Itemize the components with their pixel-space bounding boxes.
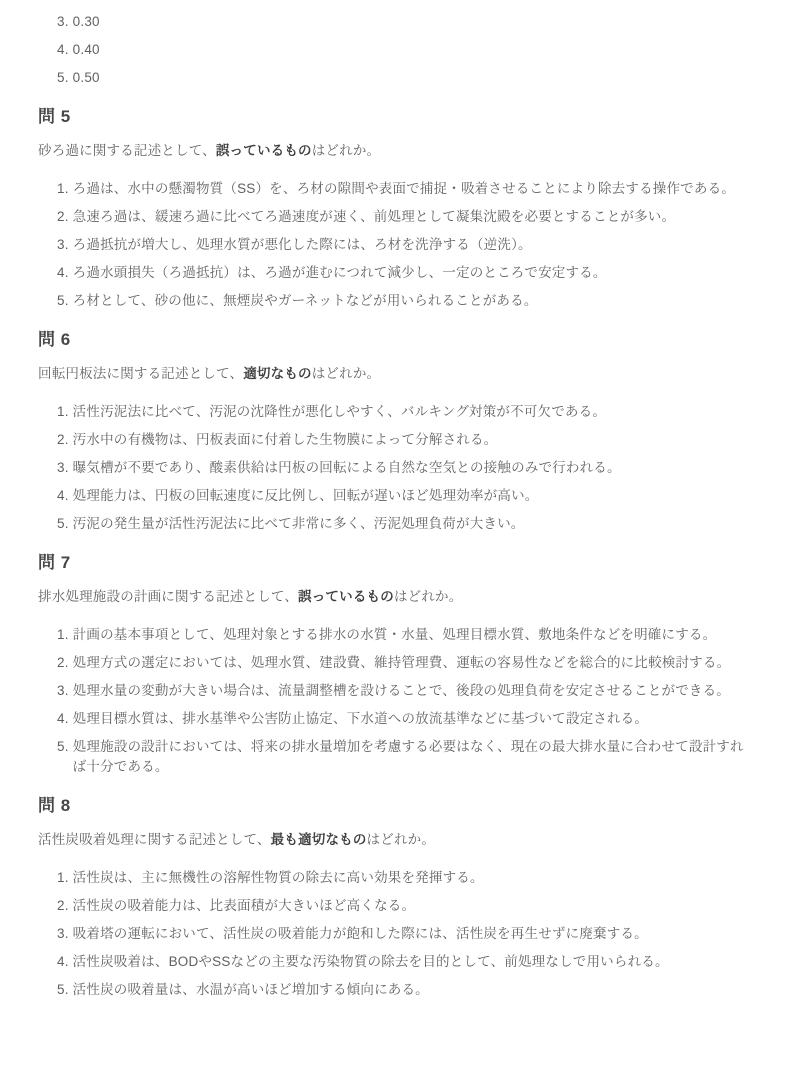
choice-number: 1. [57, 179, 69, 199]
choice-number: 1. [57, 868, 69, 888]
choice-item: 2. 活性炭の吸着能力は、比表面積が大きいほど高くなる。 [57, 896, 745, 916]
choice-item: 3. 0.30 [57, 12, 745, 32]
question-text: 活性炭吸着処理に関する記述として、最も適切なものはどれか。 [38, 830, 745, 850]
choice-item: 3. ろ過抵抗が増大し、処理水質が悪化した際には、ろ材を洗浄する（逆洗）。 [57, 235, 745, 255]
choice-text: 急速ろ過は、緩速ろ過に比べてろ過速度が速く、前処理として凝集沈殿を必要とすること… [73, 207, 745, 227]
choice-item: 5. 0.50 [57, 68, 745, 88]
question-emphasis-text: 誤っているもの [216, 143, 312, 158]
choice-item: 1. 計画の基本事項として、処理対象とする排水の水質・水量、処理目標水質、敷地条… [57, 625, 745, 645]
choice-item: 1. ろ過は、水中の懸濁物質（SS）を、ろ材の隙間や表面で捕捉・吸着させることに… [57, 179, 745, 199]
choice-number: 2. [57, 430, 69, 450]
choice-text: ろ過抵抗が増大し、処理水質が悪化した際には、ろ材を洗浄する（逆洗）。 [73, 235, 745, 255]
question-text: 砂ろ過に関する記述として、誤っているものはどれか。 [38, 141, 745, 161]
choice-number: 5. [57, 291, 69, 311]
choice-item: 2. 処理方式の選定においては、処理水質、建設費、維持管理費、運転の容易性などを… [57, 653, 745, 673]
choice-text: 活性炭は、主に無機性の溶解性物質の除去に高い効果を発揮する。 [73, 868, 745, 888]
choice-item: 4. ろ過水頭損失（ろ過抵抗）は、ろ過が進むにつれて減少し、一定のところで安定す… [57, 263, 745, 283]
choice-item: 4. 0.40 [57, 40, 745, 60]
question-text: 回転円板法に関する記述として、適切なものはどれか。 [38, 364, 745, 384]
choice-text: 0.20 [73, 0, 745, 4]
choice-item: 1. 活性炭は、主に無機性の溶解性物質の除去に高い効果を発揮する。 [57, 868, 745, 888]
question-trailing-text: はどれか。 [312, 366, 381, 381]
choice-item: 4. 処理能力は、円板の回転速度に反比例し、回転が遅いほど処理効率が高い。 [57, 486, 745, 506]
question-number: 問 7 [38, 551, 745, 575]
previous-question-choices: 2. 0.20 3. 0.30 4. 0.40 5. 0.50 [38, 0, 745, 88]
exam-page: 2. 0.20 3. 0.30 4. 0.40 5. 0.50 問 5 砂ろ過に… [0, 0, 787, 1000]
choice-number: 4. [57, 486, 69, 506]
question-block: 問 6 回転円板法に関する記述として、適切なものはどれか。 1. 活性汚泥法に比… [38, 328, 745, 534]
choice-item: 4. 処理目標水質は、排水基準や公害防止協定、下水道への放流基準などに基づいて設… [57, 709, 745, 729]
choice-number: 4. [57, 263, 69, 283]
choice-text: 0.50 [73, 68, 745, 88]
choice-number: 2. [57, 0, 69, 4]
choice-text: 処理能力は、円板の回転速度に反比例し、回転が遅いほど処理効率が高い。 [73, 486, 745, 506]
choice-number: 4. [57, 952, 69, 972]
question-number: 問 5 [38, 105, 745, 129]
question-text: 排水処理施設の計画に関する記述として、誤っているものはどれか。 [38, 587, 745, 607]
choice-item: 3. 吸着塔の運転において、活性炭の吸着能力が飽和した際には、活性炭を再生せずに… [57, 924, 745, 944]
choice-item: 1. 活性汚泥法に比べて、汚泥の沈降性が悪化しやすく、バルキング対策が不可欠であ… [57, 402, 745, 422]
question-block: 問 8 活性炭吸着処理に関する記述として、最も適切なものはどれか。 1. 活性炭… [38, 794, 745, 1000]
choice-text: 吸着塔の運転において、活性炭の吸着能力が飽和した際には、活性炭を再生せずに廃棄す… [73, 924, 745, 944]
choice-list: 1. 活性汚泥法に比べて、汚泥の沈降性が悪化しやすく、バルキング対策が不可欠であ… [38, 402, 745, 534]
choice-text: 処理施設の設計においては、将来の排水量増加を考慮する必要はなく、現在の最大排水量… [73, 737, 745, 777]
question-emphasis-text: 誤っているもの [298, 589, 394, 604]
choice-text: ろ材として、砂の他に、無煙炭やガーネットなどが用いられることがある。 [73, 291, 745, 311]
choice-number: 2. [57, 653, 69, 673]
question-trailing-text: はどれか。 [367, 832, 436, 847]
choice-text: 処理方式の選定においては、処理水質、建設費、維持管理費、運転の容易性などを総合的… [73, 653, 745, 673]
choice-text: 計画の基本事項として、処理対象とする排水の水質・水量、処理目標水質、敷地条件など… [73, 625, 745, 645]
choice-list: 1. 計画の基本事項として、処理対象とする排水の水質・水量、処理目標水質、敷地条… [38, 625, 745, 777]
question-emphasis-text: 適切なもの [243, 366, 312, 381]
choice-text: 活性炭の吸着量は、水温が高いほど増加する傾向にある。 [73, 980, 745, 1000]
question-number: 問 6 [38, 328, 745, 352]
choice-item: 5. 活性炭の吸着量は、水温が高いほど増加する傾向にある。 [57, 980, 745, 1000]
choice-list: 1. 活性炭は、主に無機性の溶解性物質の除去に高い効果を発揮する。 2. 活性炭… [38, 868, 745, 1000]
question-block: 問 5 砂ろ過に関する記述として、誤っているものはどれか。 1. ろ過は、水中の… [38, 105, 745, 311]
choice-number: 4. [57, 709, 69, 729]
choice-item: 5. ろ材として、砂の他に、無煙炭やガーネットなどが用いられることがある。 [57, 291, 745, 311]
choice-number: 3. [57, 12, 69, 32]
choice-number: 3. [57, 924, 69, 944]
question-block: 問 7 排水処理施設の計画に関する記述として、誤っているものはどれか。 1. 計… [38, 551, 745, 777]
question-lead-text: 排水処理施設の計画に関する記述として、 [38, 589, 298, 604]
choice-number: 5. [57, 737, 69, 757]
choice-text: 処理目標水質は、排水基準や公害防止協定、下水道への放流基準などに基づいて設定され… [73, 709, 745, 729]
choice-text: 曝気槽が不要であり、酸素供給は円板の回転による自然な空気との接触のみで行われる。 [73, 458, 745, 478]
choice-text: 活性炭吸着は、BODやSSなどの主要な汚染物質の除去を目的として、前処理なしで用… [73, 952, 745, 972]
choice-text: ろ過水頭損失（ろ過抵抗）は、ろ過が進むにつれて減少し、一定のところで安定する。 [73, 263, 745, 283]
choice-text: 活性汚泥法に比べて、汚泥の沈降性が悪化しやすく、バルキング対策が不可欠である。 [73, 402, 745, 422]
choice-text: 活性炭の吸着能力は、比表面積が大きいほど高くなる。 [73, 896, 745, 916]
question-lead-text: 回転円板法に関する記述として、 [38, 366, 243, 381]
choice-number: 2. [57, 896, 69, 916]
choice-item: 4. 活性炭吸着は、BODやSSなどの主要な汚染物質の除去を目的として、前処理な… [57, 952, 745, 972]
question-lead-text: 活性炭吸着処理に関する記述として、 [38, 832, 271, 847]
choice-number: 5. [57, 514, 69, 534]
choice-text: 汚水中の有機物は、円板表面に付着した生物膜によって分解される。 [73, 430, 745, 450]
choice-list: 1. ろ過は、水中の懸濁物質（SS）を、ろ材の隙間や表面で捕捉・吸着させることに… [38, 179, 745, 311]
choice-number: 2. [57, 207, 69, 227]
choice-number: 4. [57, 40, 69, 60]
question-number: 問 8 [38, 794, 745, 818]
choice-text: 0.30 [73, 12, 745, 32]
choice-number: 1. [57, 402, 69, 422]
question-lead-text: 砂ろ過に関する記述として、 [38, 143, 216, 158]
choice-number: 3. [57, 458, 69, 478]
choice-text: 汚泥の発生量が活性汚泥法に比べて非常に多く、汚泥処理負荷が大きい。 [73, 514, 745, 534]
choice-item: 3. 曝気槽が不要であり、酸素供給は円板の回転による自然な空気との接触のみで行わ… [57, 458, 745, 478]
choice-item: 2. 急速ろ過は、緩速ろ過に比べてろ過速度が速く、前処理として凝集沈殿を必要とす… [57, 207, 745, 227]
choice-text: 0.40 [73, 40, 745, 60]
choice-number: 5. [57, 980, 69, 1000]
choice-item: 2. 汚水中の有機物は、円板表面に付着した生物膜によって分解される。 [57, 430, 745, 450]
choice-number: 3. [57, 235, 69, 255]
choice-text: 処理水量の変動が大きい場合は、流量調整槽を設けることで、後段の処理負荷を安定させ… [73, 681, 745, 701]
choice-number: 1. [57, 625, 69, 645]
choice-text: ろ過は、水中の懸濁物質（SS）を、ろ材の隙間や表面で捕捉・吸着させることにより除… [73, 179, 745, 199]
question-trailing-text: はどれか。 [312, 143, 381, 158]
questions-container: 問 5 砂ろ過に関する記述として、誤っているものはどれか。 1. ろ過は、水中の… [38, 105, 745, 1000]
choice-number: 5. [57, 68, 69, 88]
question-emphasis-text: 最も適切なもの [271, 832, 367, 847]
choice-item: 2. 0.20 [57, 0, 745, 4]
choice-item: 5. 処理施設の設計においては、将来の排水量増加を考慮する必要はなく、現在の最大… [57, 737, 745, 777]
choice-item: 3. 処理水量の変動が大きい場合は、流量調整槽を設けることで、後段の処理負荷を安… [57, 681, 745, 701]
choice-item: 5. 汚泥の発生量が活性汚泥法に比べて非常に多く、汚泥処理負荷が大きい。 [57, 514, 745, 534]
choice-number: 3. [57, 681, 69, 701]
question-trailing-text: はどれか。 [394, 589, 463, 604]
